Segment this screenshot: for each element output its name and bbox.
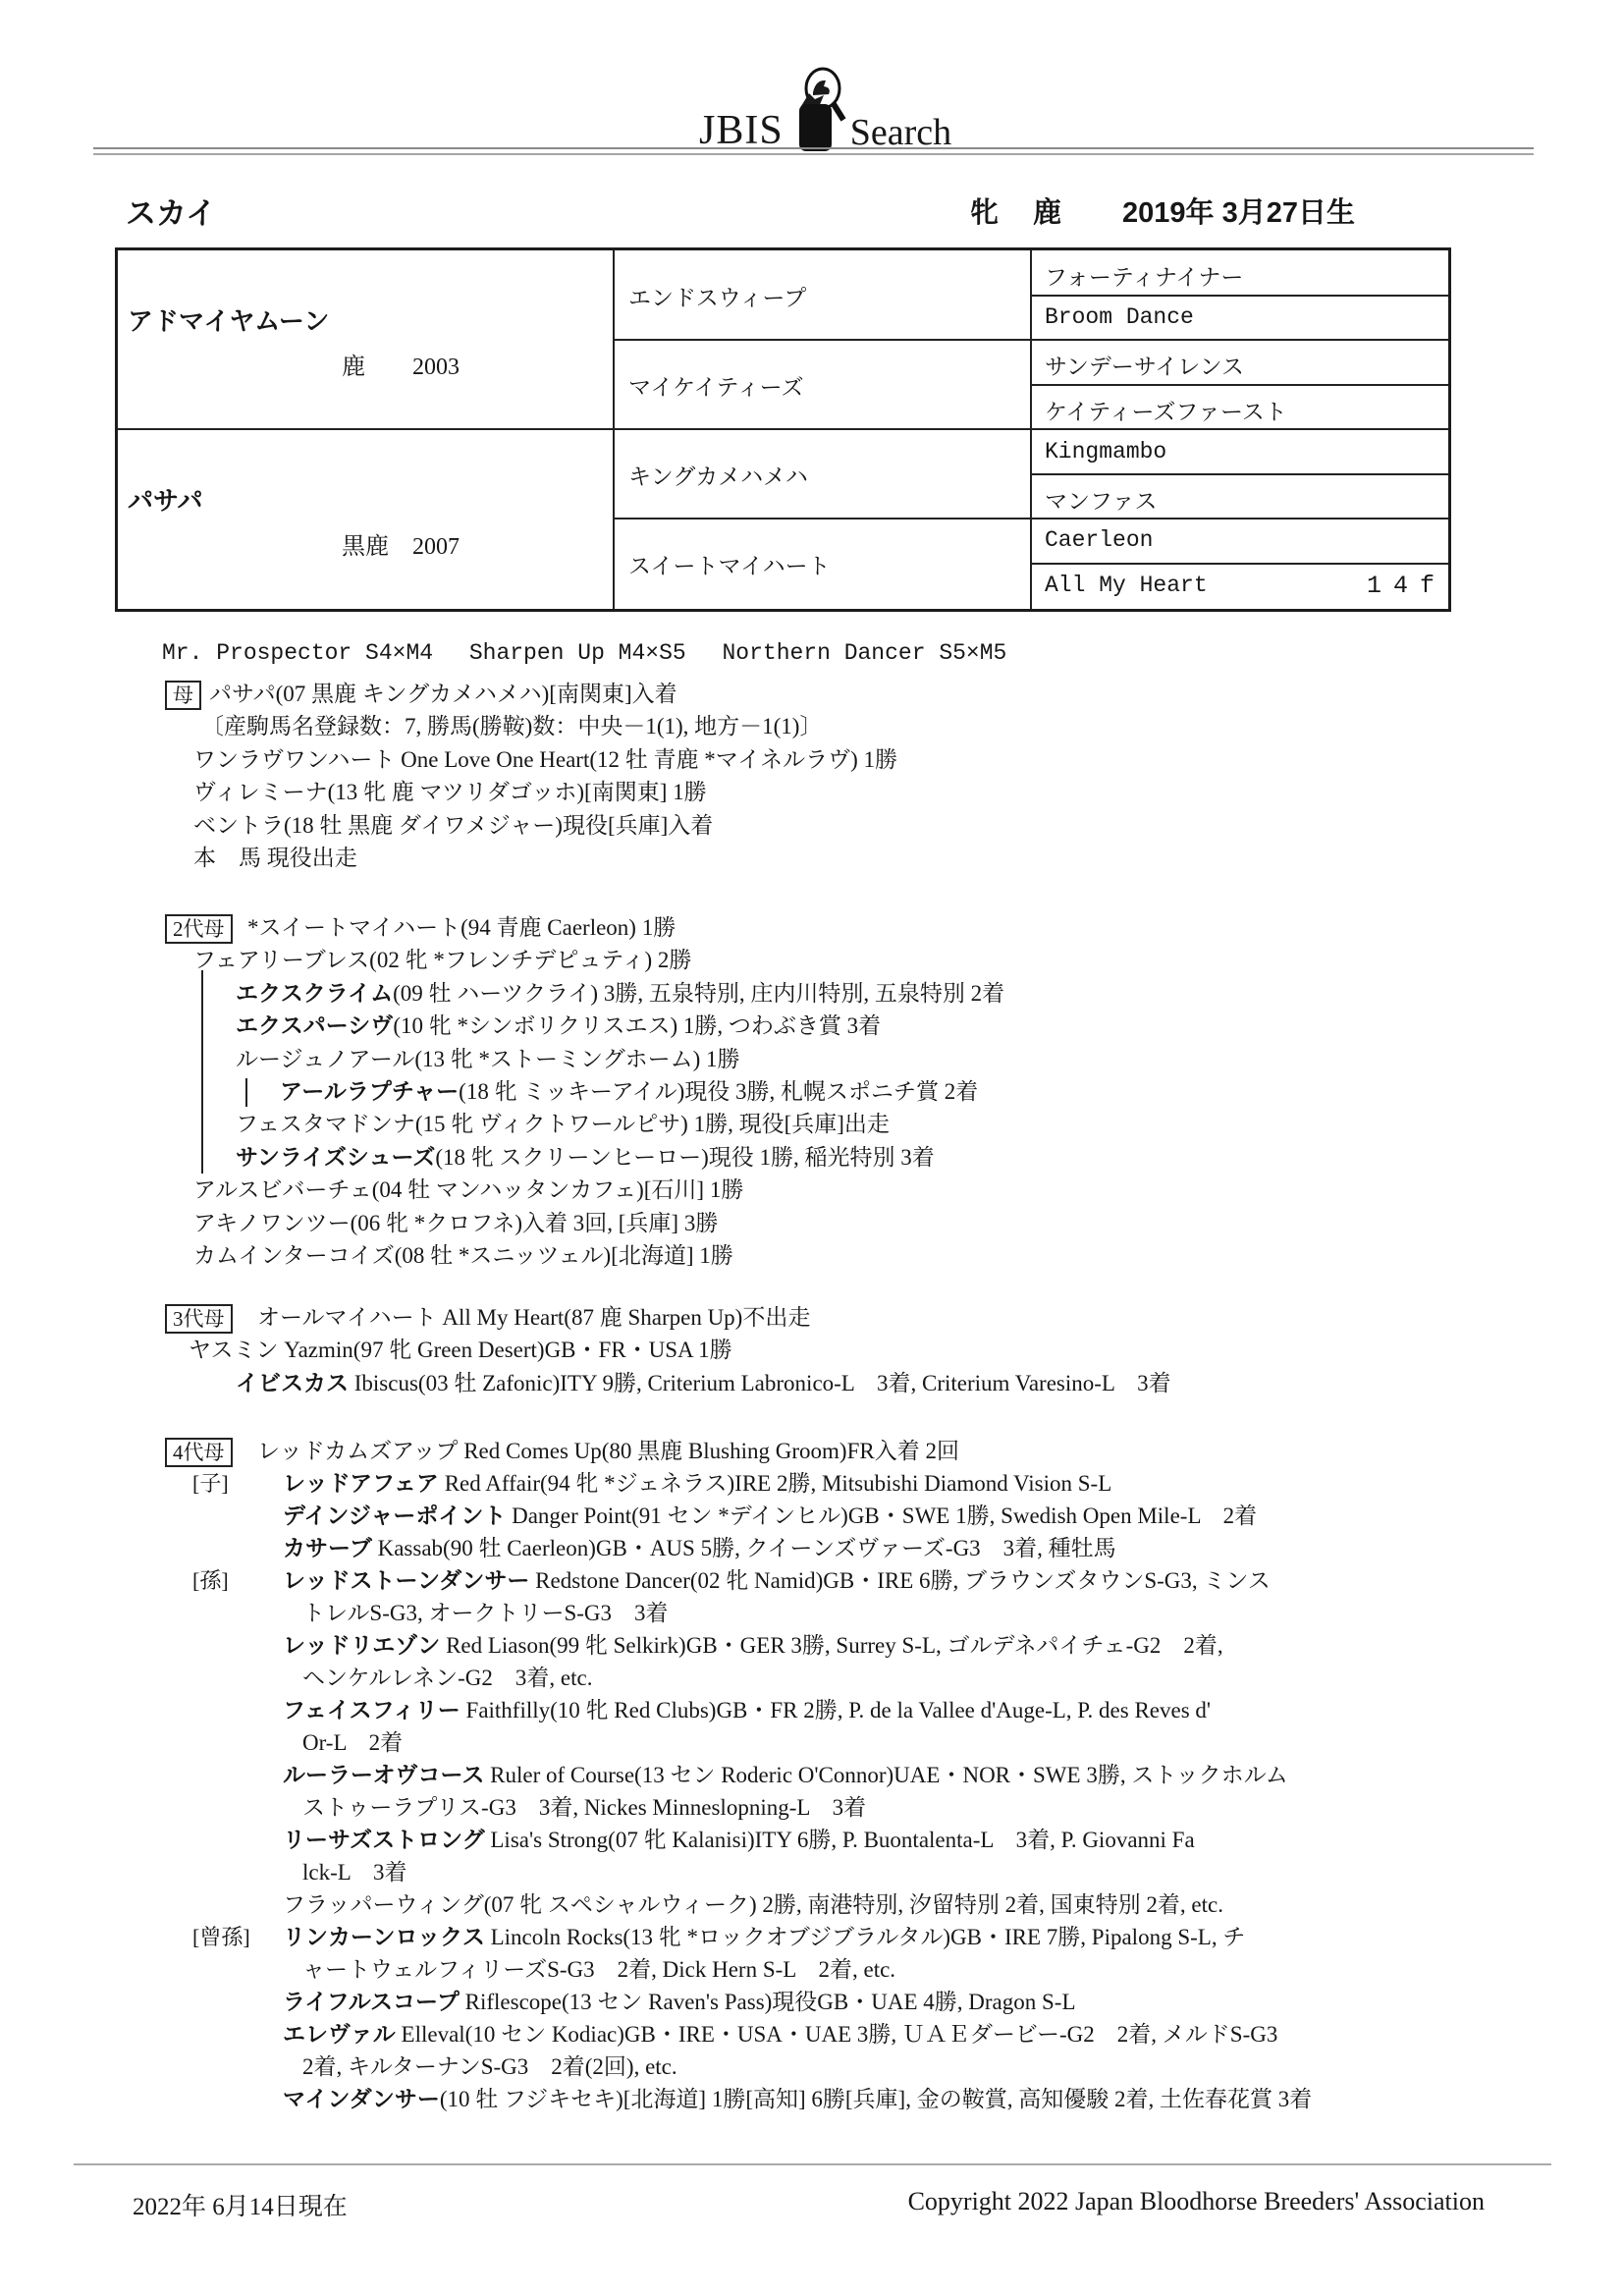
gg-cell: ケイティーズファースト: [1045, 394, 1287, 426]
pedigree-line: ヘンケルレネン-G2 3着, etc.: [0, 1662, 1624, 1694]
pedigree-line: [孫]レッドストーンダンサー Redstone Dancer(02 牝 Nami…: [0, 1564, 1624, 1597]
pedigree-line-text: アキノワンツー(06 牝 *クロフネ)入着 3回, [兵庫] 3勝: [193, 1207, 718, 1239]
pedigree-line: ルーラーオヴコース Ruler of Course(13 セン Roderic …: [0, 1759, 1624, 1791]
pedigree-line-text: *スイートマイハート(94 青鹿 Caerleon) 1勝: [247, 911, 676, 944]
pedigree-line: フェスタマドンナ(15 牝 ヴィクトワールピサ) 1勝, 現役[兵庫]出走: [0, 1108, 1624, 1140]
horse-coat: 鹿: [1033, 191, 1061, 231]
relation-tag: [孫]: [192, 1564, 229, 1597]
table-hline: [1030, 384, 1448, 386]
horse-name-bold: サンライズシューズ: [236, 1144, 435, 1170]
gg-cell: Broom Dance: [1045, 304, 1194, 330]
generation-label: 2代母: [165, 914, 233, 944]
horse-name-bold: レッドリエゾン: [283, 1632, 440, 1658]
logo-text-search: Search: [850, 114, 951, 151]
pedigree-line: カサーブ Kassab(90 牡 Caerleon)GB・AUS 5勝, クイー…: [0, 1532, 1624, 1564]
pedigree-line-text: マインダンサー(10 牡 フジキセキ)[北海道] 1勝[高知] 6勝[兵庫], …: [283, 2083, 1312, 2115]
pedigree-line-text: フラッパーウィング(07 牝 スペシャルウィーク) 2勝, 南港特別, 汐留特別…: [283, 1888, 1223, 1921]
horse-birthdate: 2019年 3月27日生: [1122, 191, 1355, 231]
pedigree-line: フラッパーウィング(07 牝 スペシャルウィーク) 2勝, 南港特別, 汐留特別…: [0, 1888, 1624, 1921]
pedigree-line-text: 〔産駒馬名登録数：7, 勝馬(勝鞍)数：中央－1(1), 地方－1(1)〕: [201, 710, 822, 742]
pedigree-line: エクスクライム(09 牡 ハーツクライ) 3勝, 五泉特別, 庄内川特別, 五泉…: [0, 977, 1624, 1010]
horse-name-title: スカイ: [126, 189, 216, 233]
pedigree-line-text: エクスパーシヴ(10 牝 *シンボリクリスエス) 1勝, つわぶき賞 3着: [236, 1010, 881, 1042]
pedigree-line-text: ライフルスコープ Riflescope(13 セン Raven's Pass)現…: [283, 1986, 1076, 2018]
pedigree-line-text: ルーラーオヴコース Ruler of Course(13 セン Roderic …: [283, 1759, 1288, 1791]
pedigree-line-text: トレルS-G3, オークトリーS-G3 3着: [302, 1597, 669, 1629]
inbreeding-line: Mr. Prospector S4×M4 Sharpen Up M4×S5 No…: [162, 633, 1006, 666]
pedigree-line-text: ヴィレミーナ(13 牝 鹿 マツリダゴッホ)[南関東] 1勝: [193, 776, 707, 808]
relation-tag: [子]: [192, 1467, 229, 1500]
pedigree-line-text: ヤスミン Yazmin(97 牝 Green Desert)GB・FR・USA …: [189, 1334, 732, 1366]
second-dam-section: 2代母*スイートマイハート(94 青鹿 Caerleon) 1勝フェアリーブレス…: [0, 911, 1624, 1272]
pedigree-line: 〔産駒馬名登録数：7, 勝馬(勝鞍)数：中央－1(1), 地方－1(1)〕: [0, 710, 1624, 742]
logo-text-jbis: JBIS: [699, 110, 784, 151]
horse-name-bold: レッドストーンダンサー: [283, 1567, 529, 1593]
pedigree-line-text: ストゥーラプリス-G3 3着, Nickes Minneslopning-L 3…: [302, 1791, 866, 1824]
pedigree-line: アルスビバーチェ(04 牡 マンハッタンカフェ)[石川] 1勝: [0, 1174, 1624, 1206]
table-hline: [1030, 563, 1448, 565]
generation-label: 4代母: [165, 1438, 233, 1467]
pedigree-line: [子]レッドアフェア Red Affair(94 牝 *ジェネラス)IRE 2勝…: [0, 1467, 1624, 1500]
pedigree-line-text: エレヴァル Elleval(10 セン Kodiac)GB・IRE・USA・UA…: [283, 2018, 1277, 2050]
gg-cell: Caerleon: [1045, 527, 1153, 553]
pedigree-line: マインダンサー(10 牡 フジキセキ)[北海道] 1勝[高知] 6勝[兵庫], …: [0, 2083, 1624, 2115]
sire-sire-cell: エンドスウィープ: [628, 280, 806, 312]
pedigree-line: アキノワンツー(06 牝 *クロフネ)入着 3回, [兵庫] 3勝: [0, 1207, 1624, 1239]
pedigree-line: 3代母オールマイハート All My Heart(87 鹿 Sharpen Up…: [0, 1301, 1624, 1334]
sire-dam-cell: マイケイティーズ: [628, 369, 803, 402]
pedigree-line-text: ベントラ(18 牡 黒鹿 ダイワメジャー)現役[兵庫]入着: [193, 809, 713, 842]
pedigree-line: トレルS-G3, オークトリーS-G3 3着: [0, 1597, 1624, 1629]
pedigree-line-text: イビスカス Ibiscus(03 牡 Zafonic)ITY 9勝, Crite…: [236, 1367, 1171, 1399]
table-hline: [613, 339, 1448, 341]
dam-coat-year: 黒鹿 2007: [342, 526, 460, 561]
horse-name-bold: イビスカス: [236, 1370, 349, 1395]
dam-section: 母パサパ(07 黒鹿 キングカメハメハ)[南関東]入着〔産駒馬名登録数：7, 勝…: [0, 678, 1624, 874]
pedigree-line: ヴィレミーナ(13 牝 鹿 マツリダゴッホ)[南関東] 1勝: [0, 776, 1624, 808]
dam-dam-cell: スイートマイハート: [628, 548, 831, 580]
pedigree-line: ヤスミン Yazmin(97 牝 Green Desert)GB・FR・USA …: [0, 1334, 1624, 1366]
pedigree-line: フェアリーブレス(02 牝 *フレンチデピュティ) 2勝: [0, 944, 1624, 976]
pedigree-line-text: ワンラヴワンハート One Love One Heart(12 牡 青鹿 *マイ…: [193, 743, 897, 776]
pedigree-line: カムインターコイズ(08 牡 *スニッツェル)[北海道] 1勝: [0, 1239, 1624, 1272]
pedigree-line-text: Or-L 2着: [302, 1726, 403, 1759]
table-hline: [1030, 295, 1448, 297]
fourth-dam-section: 4代母レッドカムズアップ Red Comes Up(80 黒鹿 Blushing…: [0, 1435, 1624, 2115]
horse-name-bold: エクスパーシヴ: [236, 1012, 393, 1038]
relation-tag: [曾孫]: [192, 1921, 250, 1953]
gg-cell: Kingmambo: [1045, 439, 1166, 465]
family-number: 14f: [1367, 572, 1446, 600]
pedigree-line: 2着, キルターナンS-G3 2着(2回), etc.: [0, 2050, 1624, 2083]
pedigree-line-text: オールマイハート All My Heart(87 鹿 Sharpen Up)不出…: [257, 1301, 810, 1334]
pedigree-line-text: エクスクライム(09 牡 ハーツクライ) 3勝, 五泉特別, 庄内川特別, 五泉…: [236, 977, 1004, 1010]
pedigree-line-text: フェイスフィリー Faithfilly(10 牝 Red Clubs)GB・FR…: [283, 1694, 1211, 1726]
pedigree-line-text: リーサズストロング Lisa's Strong(07 牝 Kalanisi)IT…: [283, 1824, 1195, 1856]
horse-name-bold: エレヴァル: [283, 2021, 396, 2047]
pedigree-line-text: アールラプチャー(18 牝 ミッキーアイル)現役 3勝, 札幌スポニチ賞 2着: [280, 1075, 978, 1108]
pedigree-line-text: レッドアフェア Red Affair(94 牝 *ジェネラス)IRE 2勝, M…: [283, 1467, 1111, 1500]
pedigree-line: レッドリエゾン Red Liason(99 牝 Selkirk)GB・GER 3…: [0, 1629, 1624, 1662]
pedigree-line-text: アルスビバーチェ(04 牡 マンハッタンカフェ)[石川] 1勝: [193, 1174, 743, 1206]
pedigree-line: サンライズシューズ(18 牝 スクリーンヒーロー)現役 1勝, 稲光特別 3着: [0, 1141, 1624, 1174]
gg-cell: マンファス: [1045, 483, 1158, 516]
generation-label: 母: [165, 681, 201, 710]
pedigree-line: 4代母レッドカムズアップ Red Comes Up(80 黒鹿 Blushing…: [0, 1435, 1624, 1467]
pedigree-line: ワンラヴワンハート One Love One Heart(12 牡 青鹿 *マイ…: [0, 743, 1624, 776]
third-dam-section: 3代母オールマイハート All My Heart(87 鹿 Sharpen Up…: [0, 1301, 1624, 1399]
pedigree-line: フェイスフィリー Faithfilly(10 牝 Red Clubs)GB・FR…: [0, 1694, 1624, 1726]
pedigree-line-text: サンライズシューズ(18 牝 スクリーンヒーロー)現役 1勝, 稲光特別 3着: [236, 1141, 935, 1174]
pedigree-line-text: フェスタマドンナ(15 牝 ヴィクトワールピサ) 1勝, 現役[兵庫]出走: [236, 1108, 890, 1140]
pedigree-line-text: 2着, キルターナンS-G3 2着(2回), etc.: [302, 2050, 677, 2083]
horse-sex: 牝: [970, 191, 999, 231]
horse-name-bold: ルーラーオヴコース: [283, 1762, 484, 1787]
pedigree-line-text: ルージュノアール(13 牝 *ストーミングホーム) 1勝: [236, 1043, 740, 1075]
pedigree-line: ストゥーラプリス-G3 3着, Nickes Minneslopning-L 3…: [0, 1791, 1624, 1824]
horse-name-bold: カサーブ: [283, 1535, 372, 1560]
pedigree-line-text: フェアリーブレス(02 牝 *フレンチデピュティ) 2勝: [193, 944, 691, 976]
pedigree-line: 2代母*スイートマイハート(94 青鹿 Caerleon) 1勝: [0, 911, 1624, 944]
table-hline: [118, 428, 1448, 430]
dam-sire-cell: キングカメハメハ: [628, 459, 808, 491]
horse-name-bold: エクスクライム: [236, 980, 393, 1006]
pedigree-line-text: デインジャーポイント Danger Point(91 セン *デインヒル)GB・…: [283, 1500, 1257, 1532]
pedigree-line: リーサズストロング Lisa's Strong(07 牝 Kalanisi)IT…: [0, 1824, 1624, 1856]
pedigree-line-text: カサーブ Kassab(90 牡 Caerleon)GB・AUS 5勝, クイー…: [283, 1532, 1116, 1564]
dam-name-cell: パサパ: [128, 481, 202, 518]
pedigree-line: lck-L 3着: [0, 1856, 1624, 1888]
pedigree-line: エクスパーシヴ(10 牝 *シンボリクリスエス) 1勝, つわぶき賞 3着: [0, 1010, 1624, 1042]
pedigree-table: アドマイヤムーン 鹿 2003 パサパ 黒鹿 2007 エンドスウィープ マイケ…: [115, 247, 1451, 612]
horse-name-bold: ライフルスコープ: [283, 1989, 460, 2014]
report-date: 2022年 6月14日現在: [133, 2187, 348, 2222]
pedigree-line-text: パサパ(07 黒鹿 キングカメハメハ)[南関東]入着: [209, 678, 677, 710]
footer-rule: [74, 2163, 1551, 2165]
gg-cell: サンデーサイレンス: [1045, 349, 1244, 381]
pedigree-line: ライフルスコープ Riflescope(13 セン Raven's Pass)現…: [0, 1986, 1624, 2018]
pedigree-line-text: レッドストーンダンサー Redstone Dancer(02 牝 Namid)G…: [283, 1564, 1271, 1597]
gg-cell: フォーティナイナー: [1045, 259, 1243, 292]
pedigree-line-text: 本 馬 現役出走: [193, 842, 357, 874]
sire-coat-year: 鹿 2003: [342, 347, 460, 381]
pedigree-line-text: ヘンケルレネン-G2 3着, etc.: [302, 1662, 592, 1694]
pedigree-report-page: JBIS Search スカイ 牝 鹿 2019年 3月27日生 アドマイヤムー…: [0, 0, 1624, 2296]
generation-label: 3代母: [165, 1304, 233, 1334]
pedigree-line: デインジャーポイント Danger Point(91 セン *デインヒル)GB・…: [0, 1500, 1624, 1532]
horse-name-bold: フェイスフィリー: [283, 1697, 460, 1722]
pedigree-line: エレヴァル Elleval(10 セン Kodiac)GB・IRE・USA・UA…: [0, 2018, 1624, 2050]
pedigree-line-text: カムインターコイズ(08 牡 *スニッツェル)[北海道] 1勝: [193, 1239, 733, 1272]
copyright-text: Copyright 2022 Japan Bloodhorse Breeders…: [908, 2187, 1485, 2216]
pedigree-line-text: リンカーンロックス Lincoln Rocks(13 牝 *ロックオブジブラルタ…: [283, 1921, 1245, 1953]
pedigree-line: ルージュノアール(13 牝 *ストーミングホーム) 1勝: [0, 1043, 1624, 1075]
horse-name-bold: レッドアフェア: [283, 1470, 439, 1496]
pedigree-line-text: lck-L 3着: [302, 1856, 406, 1888]
pedigree-line: [曾孫]リンカーンロックス Lincoln Rocks(13 牝 *ロックオブジ…: [0, 1921, 1624, 1953]
horse-name-bold: マインダンサー: [283, 2086, 440, 2111]
pedigree-line-text: ャートウェルフィリーズS-G3 2着, Dick Hern S-L 2着, et…: [302, 1953, 895, 1986]
pedigree-line-text: レッドリエゾン Red Liason(99 牝 Selkirk)GB・GER 3…: [283, 1629, 1223, 1662]
horse-name-bold: アールラプチャー: [280, 1078, 459, 1104]
pedigree-line: 本 馬 現役出走: [0, 842, 1624, 874]
horse-name-bold: リーサズストロング: [283, 1827, 485, 1852]
pedigree-line: Or-L 2着: [0, 1726, 1624, 1759]
table-hline: [1030, 473, 1448, 475]
pedigree-line: ベントラ(18 牡 黒鹿 ダイワメジャー)現役[兵庫]入着: [0, 809, 1624, 842]
pedigree-line: アールラプチャー(18 牝 ミッキーアイル)現役 3勝, 札幌スポニチ賞 2着: [0, 1075, 1624, 1108]
gg-cell: All My Heart: [1045, 573, 1208, 598]
table-hline: [613, 518, 1448, 519]
horse-magnifier-icon: [789, 63, 846, 153]
jbis-search-logo: JBIS Search: [699, 57, 951, 151]
pedigree-line: 母パサパ(07 黒鹿 キングカメハメハ)[南関東]入着: [0, 678, 1624, 710]
sire-name-cell: アドマイヤムーン: [128, 301, 329, 338]
horse-name-bold: デインジャーポイント: [283, 1503, 506, 1528]
pedigree-line: ャートウェルフィリーズS-G3 2着, Dick Hern S-L 2着, et…: [0, 1953, 1624, 1986]
pedigree-line-text: レッドカムズアップ Red Comes Up(80 黒鹿 Blushing Gr…: [257, 1435, 959, 1467]
horse-name-bold: リンカーンロックス: [283, 1924, 485, 1949]
header-double-rule: [93, 147, 1534, 155]
pedigree-line: イビスカス Ibiscus(03 牡 Zafonic)ITY 9勝, Crite…: [0, 1367, 1624, 1399]
